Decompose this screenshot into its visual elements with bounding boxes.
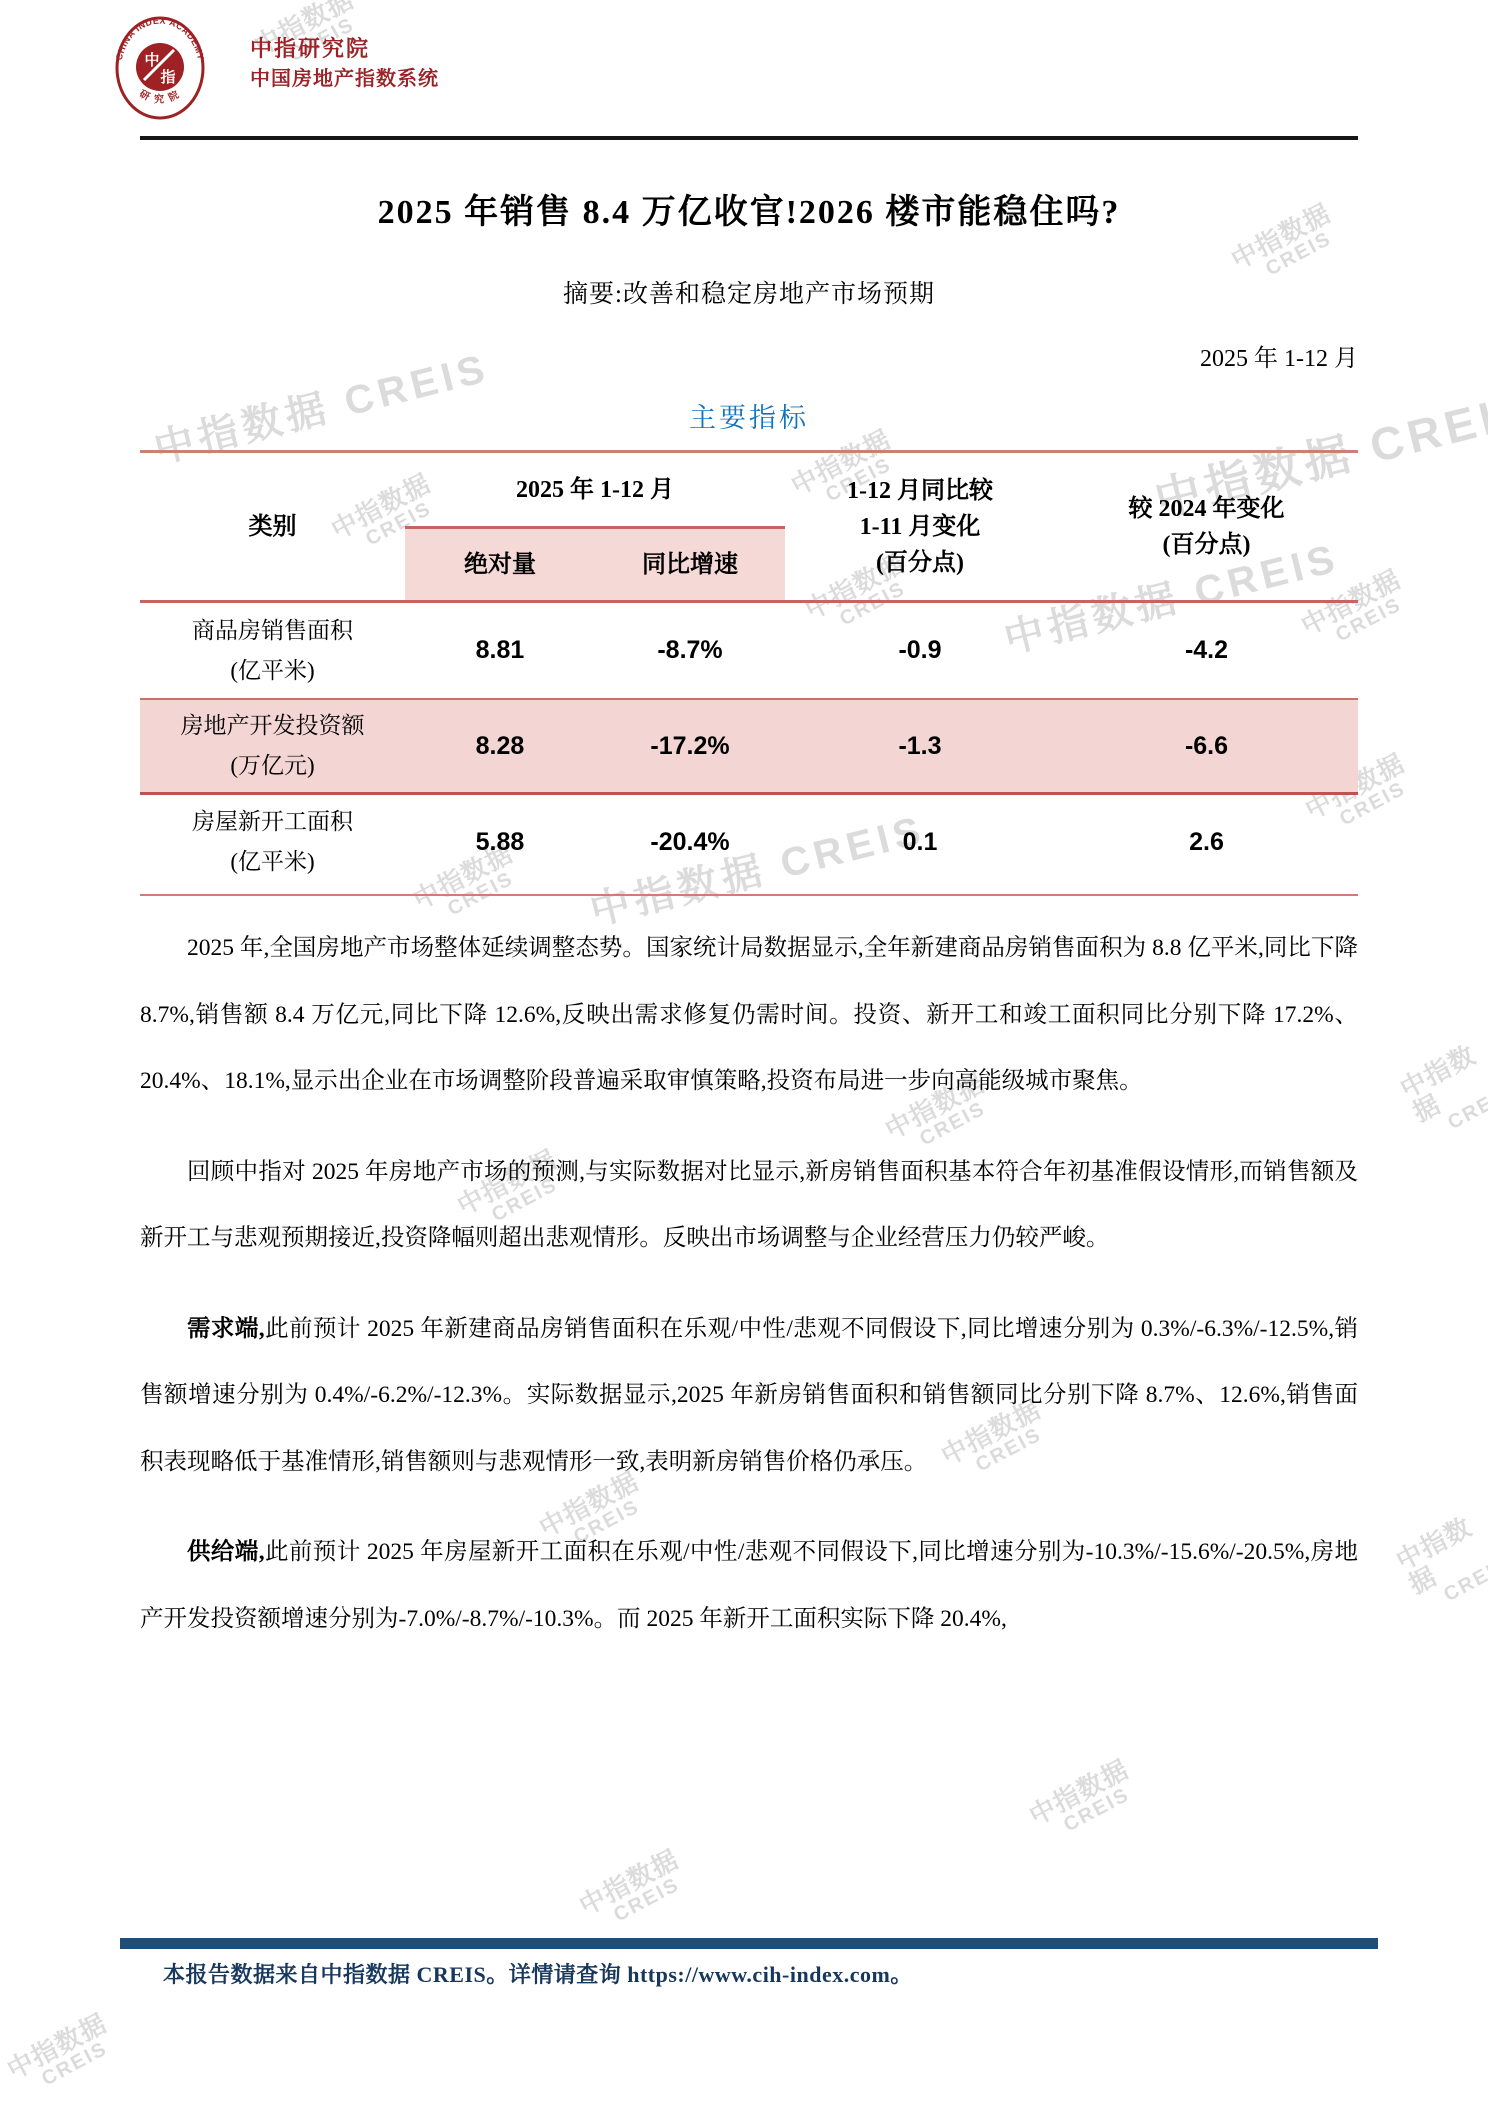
paragraph-review: 回顾中指对 2025 年房地产市场的预测,与实际数据对比显示,新房销售面积基本符… — [140, 1139, 1358, 1272]
table-cell-yoy: -20.4% — [595, 795, 785, 889]
table-row-name: 房屋新开工面积 (亿平米) — [140, 795, 405, 889]
paragraph-supply-text: 此前预计 2025 年房屋新开工面积在乐观/中性/悲观不同假设下,同比增速分别为… — [140, 1539, 1358, 1632]
table-cell-vs2024: -4.2 — [1055, 603, 1358, 700]
period-note: 2025 年 1-12 月 — [140, 338, 1358, 373]
paragraph-demand: 需求端,此前预计 2025 年新建商品房销售面积在乐观/中性/悲观不同假设下,同… — [140, 1296, 1358, 1496]
paragraph-demand-lead: 需求端, — [187, 1316, 265, 1342]
col-header-yoy: 同比增速 — [595, 526, 785, 603]
svg-text:中: 中 — [144, 52, 159, 69]
watermark: 中指数据CREIS — [1392, 1506, 1488, 1618]
col-header-mom-change: 1-12 月同比较 1-11 月变化 (百分点) — [785, 453, 1055, 603]
paragraph-supply-lead: 供给端, — [187, 1539, 265, 1565]
footer-note: 本报告数据来自中指数据 CREIS。详情请查询 https://www.cih-… — [163, 1958, 1383, 1989]
org-subtitle: 中国房地产指数系统 — [250, 64, 439, 94]
key-indicators-table: 类别 2025 年 1-12 月 绝对量 同比增速 1-12 月同比较 1-11… — [140, 450, 1358, 889]
paragraph-overview: 2025 年,全国房地产市场整体延续调整态势。国家统计局数据显示,全年新建商品房… — [140, 915, 1358, 1115]
watermark: 中指数据CREIS — [3, 2009, 121, 2102]
col-header-category: 类别 — [140, 453, 405, 603]
table-cell-mom: 0.1 — [785, 795, 1055, 889]
watermark: 中指数据CREIS — [575, 1845, 693, 1938]
table-cell-yoy: -8.7% — [595, 603, 785, 700]
paragraph-supply: 供给端,此前预计 2025 年房屋新开工面积在乐观/中性/悲观不同假设下,同比增… — [140, 1519, 1358, 1652]
table-cell-mom: -1.3 — [785, 700, 1055, 795]
paragraph-demand-text: 此前预计 2025 年新建商品房销售面积在乐观/中性/悲观不同假设下,同比增速分… — [140, 1316, 1358, 1475]
table-title: 主要指标 — [140, 396, 1358, 435]
org-seal-logo-icon: CHINA INDEX ACADEMY 中 指 研 究 院 — [112, 12, 208, 129]
watermark: 中指数据CREIS — [1025, 1755, 1143, 1848]
table-cell-vs2024: -6.6 — [1055, 700, 1358, 795]
report-body: 2025 年,全国房地产市场整体延续调整态势。国家统计局数据显示,全年新建商品房… — [140, 915, 1358, 1676]
page-subtitle: 摘要:改善和稳定房地产市场预期 — [140, 274, 1358, 310]
table-cell-mom: -0.9 — [785, 603, 1055, 700]
table-row-name: 房地产开发投资额 (万亿元) — [140, 700, 405, 795]
table-cell-absolute: 8.28 — [405, 700, 595, 795]
page-title: 2025 年销售 8.4 万亿收官!2026 楼市能稳住吗? — [140, 184, 1358, 233]
col-header-group-2025: 2025 年 1-12 月 — [405, 453, 785, 526]
header-divider — [140, 136, 1358, 140]
table-cell-vs2024: 2.6 — [1055, 795, 1358, 889]
footer-divider-bar — [120, 1938, 1378, 1949]
org-title-block: 中指研究院 中国房地产指数系统 — [250, 34, 439, 94]
table-row-name: 商品房销售面积 (亿平米) — [140, 603, 405, 700]
svg-text:指: 指 — [159, 69, 175, 86]
org-name: 中指研究院 — [250, 34, 439, 64]
table-cell-absolute: 5.88 — [405, 795, 595, 889]
table-cell-absolute: 8.81 — [405, 603, 595, 700]
watermark: 中指数据CREIS — [1396, 1034, 1488, 1146]
col-header-absolute: 绝对量 — [405, 526, 595, 603]
col-header-vs-2024: 较 2024 年变化 (百分点) — [1055, 453, 1358, 603]
table-cell-yoy: -17.2% — [595, 700, 785, 795]
